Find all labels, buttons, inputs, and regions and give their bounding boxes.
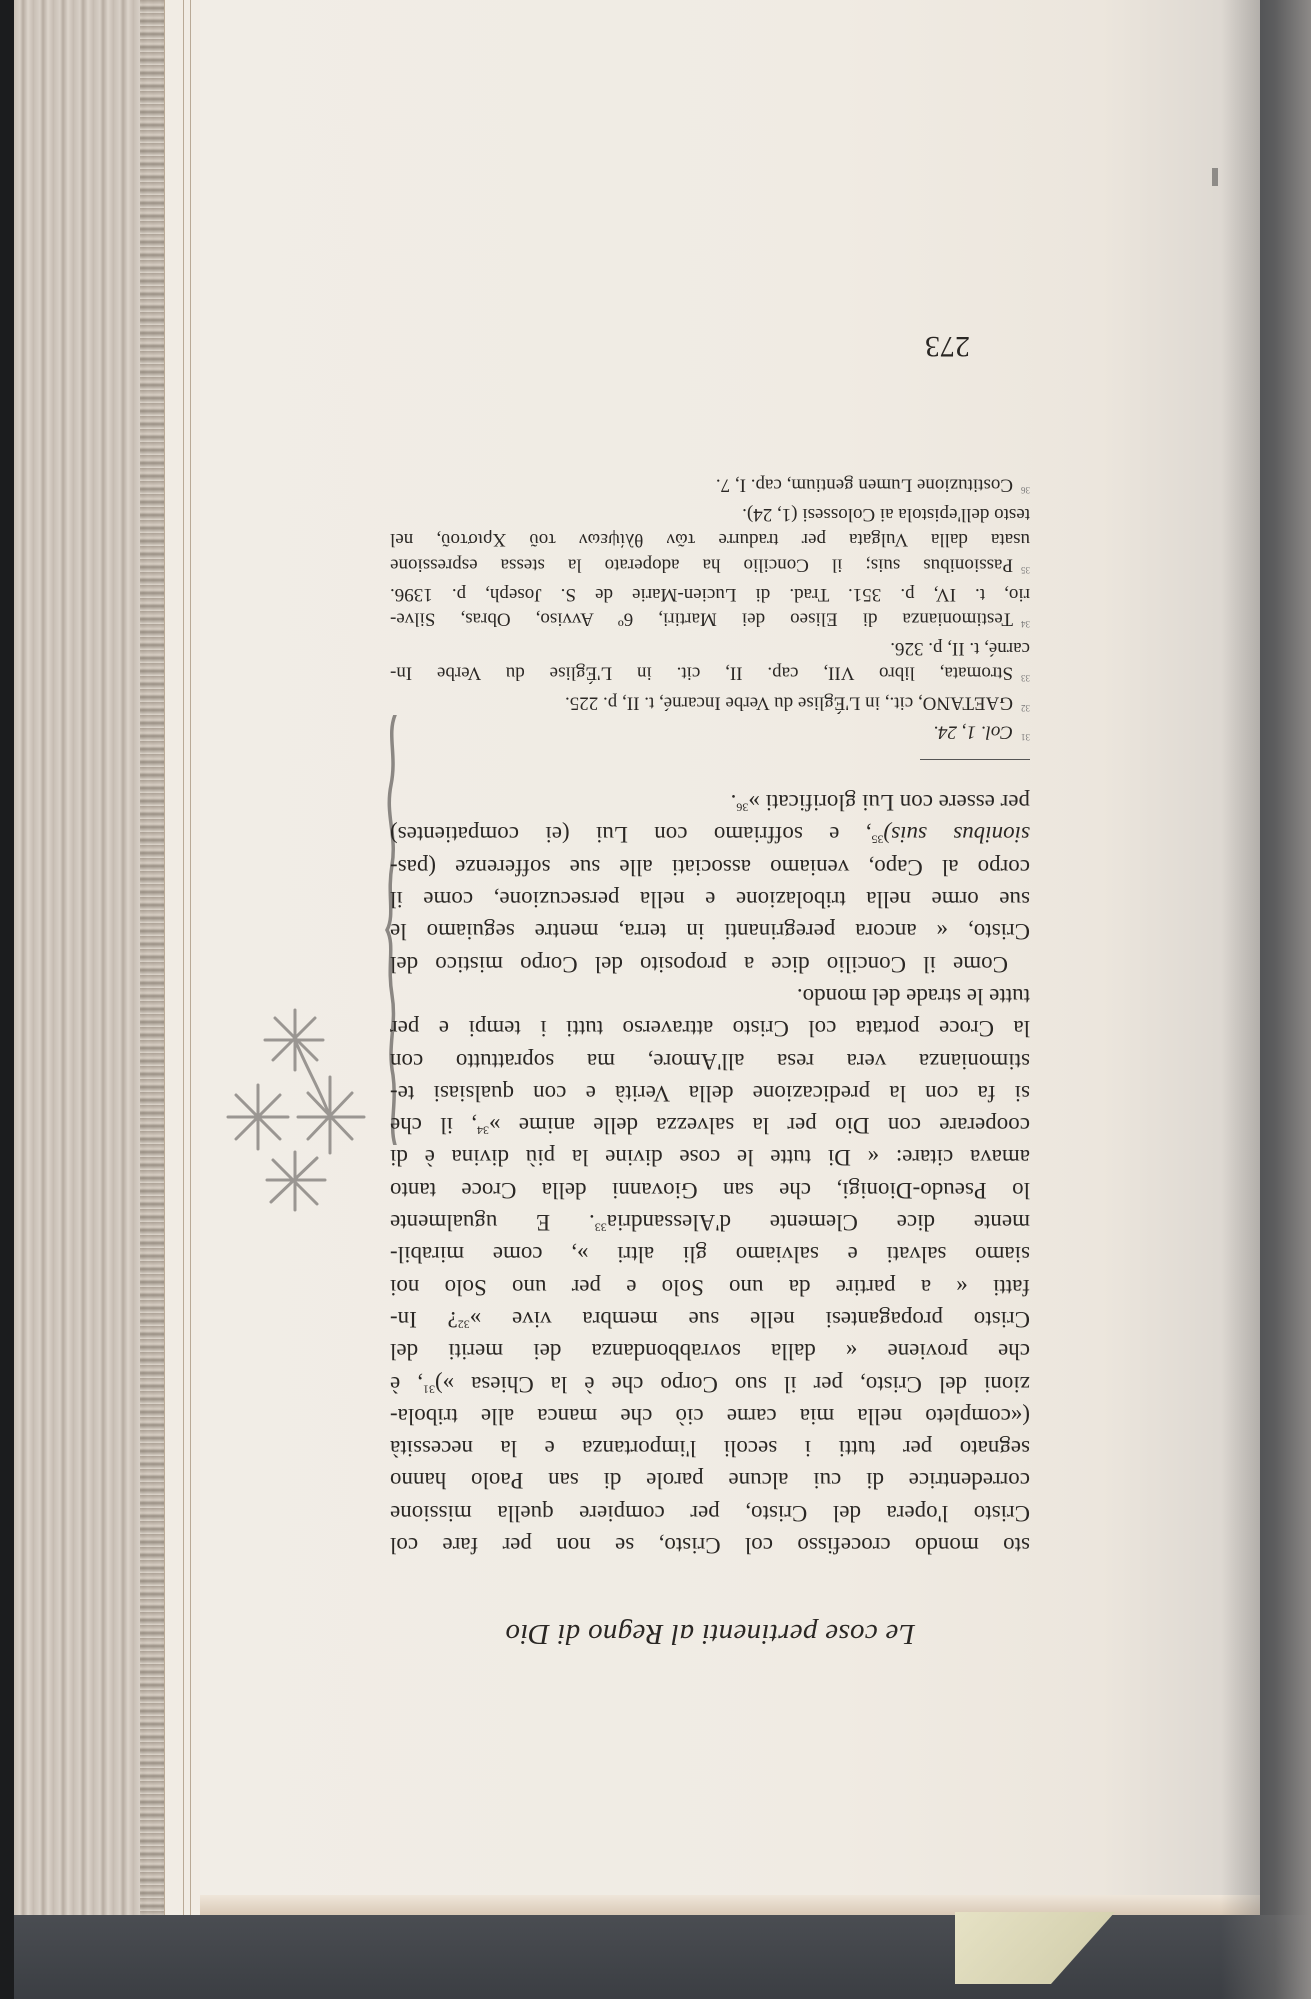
edge-mark — [1212, 168, 1218, 186]
body-line: per essere con Lui glorificati »36. — [390, 786, 1030, 818]
footnote-rule — [920, 759, 1030, 760]
footnote: 33Stromata, libro VII, cap. II, cit. in … — [390, 661, 1030, 690]
footnote-continuation: testo dell'epistola ai Colossesi (1, 24)… — [390, 502, 1030, 527]
body-line: sionibus suis)35, e soffriamo con Lui (e… — [390, 818, 1030, 850]
footnote-continuation: usata dalla Vulgata per tradurre τῶν θλί… — [390, 527, 1030, 552]
body-line: zioni del Cristo, per il suo Corpo che è… — [390, 1367, 1030, 1399]
body-line: Cristo l'opera del Cristo, per compiere … — [390, 1496, 1030, 1528]
body-line: Cristo propagantesi nelle sue membra viv… — [390, 1303, 1030, 1335]
footnote: 36Costituzione Lumen gentium, cap. I, 7. — [390, 473, 1030, 502]
body-line: corpo al Capo, veniamo associati alle su… — [390, 850, 1030, 882]
footnote-continuation: carné, t. II, p. 326. — [390, 636, 1030, 661]
pencil-asterisks-icon — [200, 995, 370, 1215]
body-line: tutte le strade del mondo. — [390, 980, 1030, 1012]
background-surface — [14, 1915, 1311, 1999]
footnote-ref: 34 — [477, 1124, 489, 1138]
body-line: stimonianza vera resa all'Amore, ma sopr… — [390, 1044, 1030, 1076]
footnote-ref: 33 — [595, 1221, 607, 1235]
printed-text-block: Le cose pertinenti al Regno di Dio sto m… — [390, 170, 1030, 1650]
footnote: 31Col. 1, 24. — [390, 720, 1030, 749]
book-cover-edge — [0, 0, 14, 1999]
body-line-underlined: cooperare con Dio per la salvezza delle … — [390, 1109, 1030, 1141]
footnote-continuation: rio, t. IV, p. 351. Trad. di Lucien-Mari… — [390, 582, 1030, 607]
page-shadow — [1221, 0, 1311, 1999]
page-rough-edges — [140, 0, 164, 1930]
body-line: siamo salvati e salviamo gli altri », co… — [390, 1238, 1030, 1270]
body-line: («completo nella mia carne ciò che manca… — [390, 1400, 1030, 1432]
footnote-ref: 36 — [736, 801, 748, 815]
footnotes: 31Col. 1, 24. 32GAETANO, cit., in L'Égli… — [390, 473, 1030, 749]
body-line: che proviene « dalla sovrabbondanza dei … — [390, 1335, 1030, 1367]
body-line: la Croce portata col Cristo attraverso t… — [390, 1012, 1030, 1044]
footnote: 32GAETANO, cit., in L'Église du Verbe In… — [390, 690, 1030, 719]
body-line: sto mondo crocefisso col Cristo, se non … — [390, 1529, 1030, 1561]
body-line: si fa con la predicazione della Verità e… — [390, 1077, 1030, 1109]
body-line: fatti « a partire da uno Solo e per uno … — [390, 1270, 1030, 1302]
footnote-ref: 35 — [872, 833, 884, 847]
footnote: 35Passionibus suis; il Concilio ha adope… — [390, 552, 1030, 581]
body-line: Come il Concilio dice a proposito del Co… — [390, 947, 1030, 979]
body-line: sue orme nella tribolazione e nella pers… — [390, 883, 1030, 915]
body-line: segnato per tutti i secoli l'importanza … — [390, 1432, 1030, 1464]
body-line: amava citare: « Di tutte le cose divine … — [390, 1141, 1030, 1173]
footnote-ref: 32 — [458, 1318, 470, 1332]
photographed-book-page: Le cose pertinenti al Regno di Dio sto m… — [0, 0, 1311, 1999]
body-line: mente dice Clemente d'Alessandria33. E u… — [390, 1206, 1030, 1238]
body-line: Cristo, « ancora peregrinanti in terra, … — [390, 915, 1030, 947]
body-text: sto mondo crocefisso col Cristo, se non … — [390, 786, 1030, 1561]
footnote: 34Testimonianza di Eliseo dei Martiri, 6… — [390, 607, 1030, 636]
body-line: lo Pseudo-Dionigi, che san Giovanni dell… — [390, 1173, 1030, 1205]
running-head: Le cose pertinenti al Regno di Dio — [390, 1617, 1030, 1650]
body-line: corredentrice di cui alcune parole di sa… — [390, 1464, 1030, 1496]
page-number: 273 — [390, 329, 1030, 363]
footnote-ref: 31 — [423, 1382, 435, 1396]
page-margin-lines — [164, 0, 201, 1930]
